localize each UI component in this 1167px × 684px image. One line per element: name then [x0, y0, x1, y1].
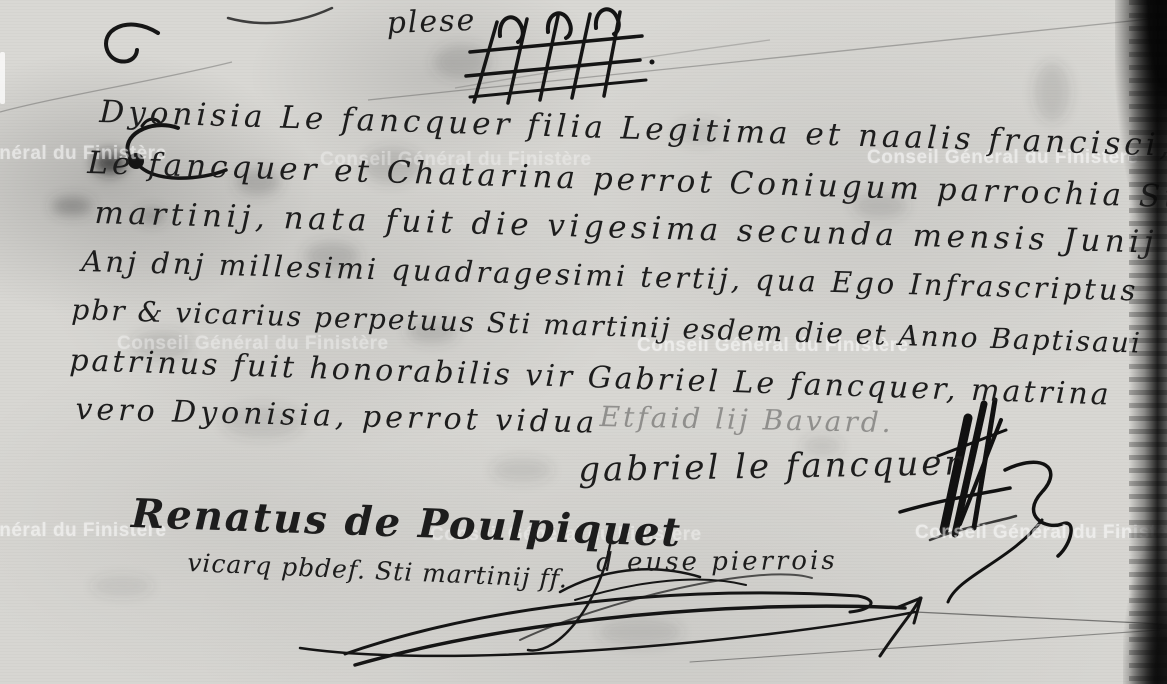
ink-blot-paraph: [900, 400, 1071, 602]
binding-shadow-top: [1115, 0, 1167, 250]
pen-curl-doodle: [106, 8, 332, 62]
page-edge-glint: [0, 52, 5, 104]
manuscript-scan: Conseil Général du Finistère Conseil Gén…: [0, 0, 1167, 684]
signature-priest-title: vicarq pbdef. Sti martinij ff.: [187, 548, 569, 594]
manuscript-line-faded: Etfaid lij Bavard.: [599, 400, 894, 439]
manuscript-line: vero Dyonisia, perrot vidua: [75, 392, 599, 441]
binding-shadow-bottom: [1123, 534, 1167, 684]
grid-tally-doodle: [466, 9, 655, 103]
margin-annotation: plese: [386, 3, 477, 41]
signature-priest: Renatus de Poulpiquet: [130, 490, 682, 556]
signature-extra-words: d euse pierrois: [596, 546, 838, 578]
signature-godfather: gabriel le fancquer: [578, 443, 964, 490]
